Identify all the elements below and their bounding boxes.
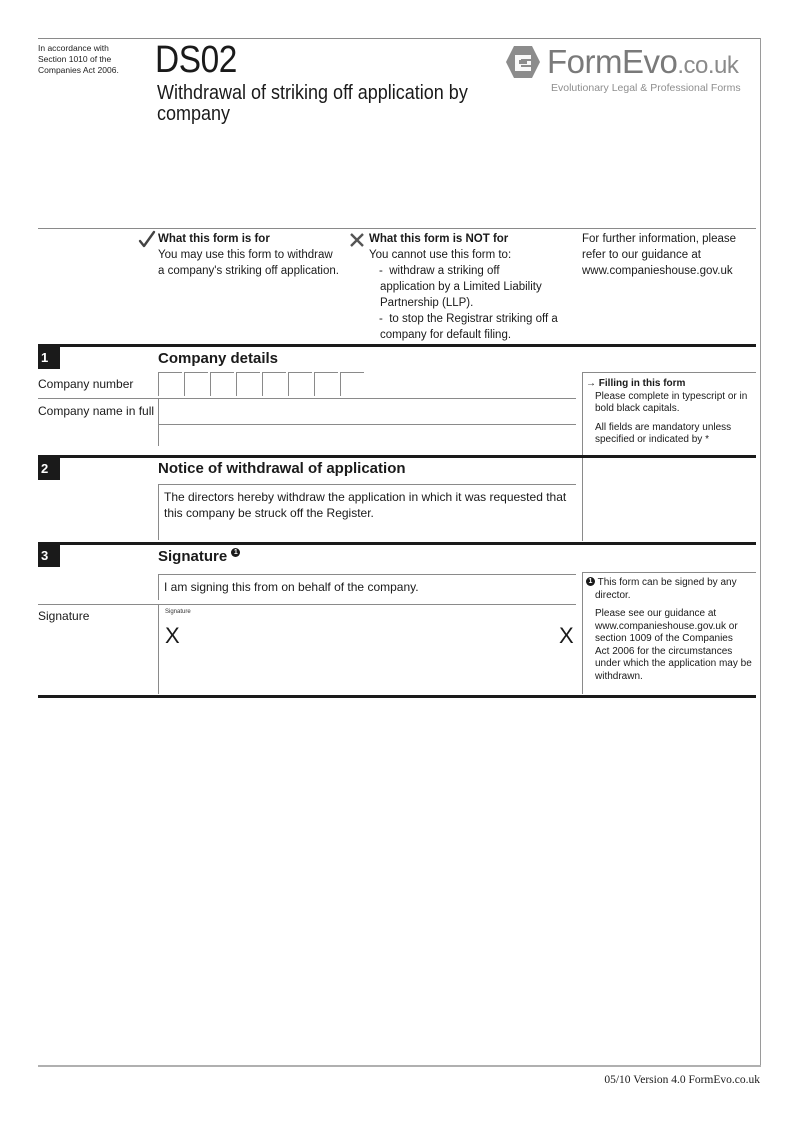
company-name-input-line-2[interactable] [159, 425, 576, 447]
note-border [582, 458, 583, 541]
section-divider [38, 344, 756, 347]
company-number-digit[interactable] [184, 372, 208, 396]
section-1-number: 1 [38, 347, 60, 369]
filling-in-heading: → Filling in this form [586, 378, 756, 391]
section-2-title: Notice of withdrawal of application [158, 460, 406, 477]
page-frame-right [760, 38, 761, 1066]
not-for-bullet: - to stop the Registrar striking off a [369, 311, 574, 327]
note-line: director. [586, 590, 758, 603]
legal-reference: In accordance with Section 1010 of the C… [38, 43, 138, 76]
logo-tld: .co.uk [677, 52, 738, 79]
section-divider [38, 455, 756, 458]
note-line: under which the application may be [586, 658, 758, 671]
company-number-digit[interactable] [158, 372, 182, 396]
section-divider [38, 542, 756, 545]
note-line: Act 2006 for the circumstances [586, 646, 758, 659]
note-marker-icon: 1 [586, 577, 595, 586]
further-information: For further information, please refer to… [582, 231, 757, 279]
not-for-lead: You cannot use this form to: [369, 247, 574, 263]
logo-wordmark: FormEvo.co.uk [547, 42, 738, 86]
note-border [582, 372, 756, 373]
page-frame-bottom [38, 1065, 761, 1067]
note-line: Please complete in typescript or in [586, 391, 756, 404]
note-border [582, 572, 756, 573]
box-border [158, 484, 159, 540]
company-number-digit[interactable] [288, 372, 312, 396]
box-border [158, 574, 576, 575]
signature-field[interactable]: Signature X X [159, 605, 576, 694]
formevo-hexagon-icon [505, 44, 541, 80]
signature-end-mark: X [559, 625, 574, 647]
bullet-text: company for default filing. [369, 327, 574, 343]
form-title-line: company [157, 104, 481, 125]
signature-label: Signature [38, 609, 89, 623]
bullet-text: withdraw a striking off [389, 265, 499, 277]
bullet-text: application by a Limited Liability [369, 279, 574, 295]
note-line: bold black capitals. [586, 403, 756, 416]
signature-start-mark: X [165, 625, 180, 647]
section-end-divider [38, 695, 756, 698]
divider [38, 228, 756, 229]
company-number-digit[interactable] [340, 372, 364, 396]
legal-line: In accordance with [38, 43, 138, 54]
note-text: This form can be signed by any [598, 577, 737, 588]
signature-caption: Signature [165, 609, 191, 615]
bullet-text: to stop the Registrar striking off a [389, 313, 558, 325]
form-not-for: What this form is NOT for You cannot use… [369, 231, 574, 343]
is-for-line: You may use this form to withdraw [158, 247, 348, 263]
box-border [158, 574, 159, 600]
withdrawal-statement: The directors hereby withdraw the applic… [164, 489, 574, 521]
is-for-line: a company's striking off application. [158, 263, 348, 279]
note-border [582, 372, 583, 457]
company-number-label: Company number [38, 377, 133, 391]
page-frame-top [38, 38, 761, 39]
note-line: section 1009 of the Companies [586, 633, 758, 646]
note-line: withdrawn. [586, 671, 758, 684]
company-name-input-line-1[interactable] [159, 399, 576, 421]
statement-line: this company be struck off the Register. [164, 505, 574, 521]
form-title: Withdrawal of striking off application b… [157, 83, 481, 125]
section-3-title-text: Signature [158, 548, 227, 565]
company-number-digit[interactable] [210, 372, 234, 396]
is-for-heading: What this form is for [158, 231, 348, 247]
note-line: specified or indicated by * [586, 434, 756, 447]
further-info-link[interactable]: www.companieshouse.gov.uk [582, 263, 757, 279]
company-number-field[interactable] [158, 372, 368, 398]
formevo-logo: FormEvo.co.uk Evolutionary Legal & Profe… [505, 42, 760, 98]
box-border [158, 484, 576, 485]
section-2-number: 2 [38, 458, 60, 480]
not-for-heading: What this form is NOT for [369, 231, 574, 247]
section-3-title: Signature 1 [158, 548, 240, 565]
note-line: www.companieshouse.gov.uk or [586, 621, 758, 634]
logo-name: FormEvo [547, 43, 677, 80]
company-number-digit[interactable] [262, 372, 286, 396]
form-code: DS02 [155, 40, 237, 80]
note-marker-icon: 1 [231, 548, 240, 557]
form-title-line: Withdrawal of striking off application b… [157, 83, 481, 104]
cross-icon [349, 232, 365, 248]
legal-line: Companies Act 2006. [38, 65, 138, 76]
bullet-text: Partnership (LLP). [369, 295, 574, 311]
company-number-digit[interactable] [236, 372, 260, 396]
legal-line: Section 1010 of the [38, 54, 138, 65]
further-info-line: For further information, please [582, 231, 757, 247]
signature-note: 1 This form can be signed by any directo… [586, 577, 758, 683]
company-number-digit[interactable] [314, 372, 338, 396]
logo-tagline: Evolutionary Legal & Professional Forms [551, 82, 741, 94]
section-1-title: Company details [158, 350, 278, 367]
signature-note-line: 1 This form can be signed by any [586, 577, 758, 590]
arrow-right-icon: → [586, 378, 596, 389]
note-heading: Filling in this form [599, 378, 686, 389]
company-name-label: Company name in full [38, 404, 154, 418]
signing-statement: I am signing this from on behalf of the … [164, 579, 419, 595]
check-icon [138, 230, 156, 248]
footer-version: 05/10 Version 4.0 FormEvo.co.uk [604, 1074, 760, 1086]
section-3-number: 3 [38, 545, 60, 567]
further-info-line: refer to our guidance at [582, 247, 757, 263]
statement-line: The directors hereby withdraw the applic… [164, 489, 574, 505]
filling-in-note: → Filling in this form Please complete i… [586, 378, 756, 447]
not-for-bullet: - withdraw a striking off [369, 263, 574, 279]
note-line: Please see our guidance at [586, 608, 758, 621]
note-border [582, 572, 583, 694]
note-line: All fields are mandatory unless [586, 422, 756, 435]
form-is-for: What this form is for You may use this f… [158, 231, 348, 279]
